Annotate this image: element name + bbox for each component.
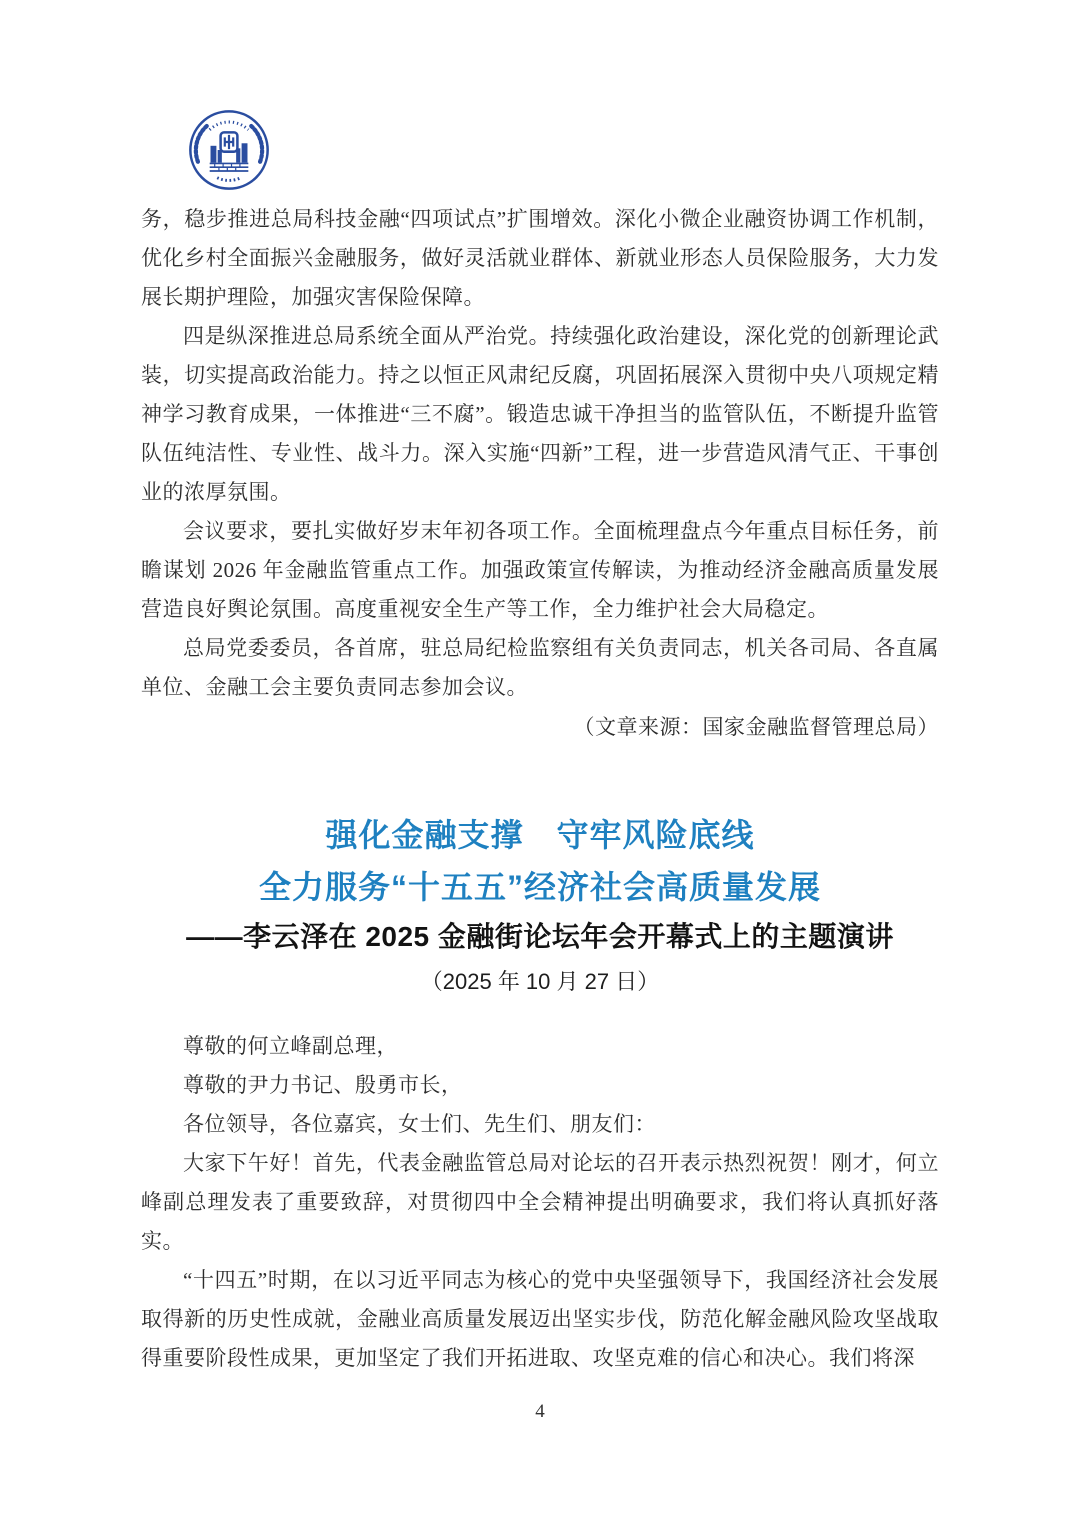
article-source-attribution: （文章来源：国家金融监督管理总局） xyxy=(141,707,939,747)
speech-subtitle: ——李云泽在 2025 金融街论坛年会开幕式上的主题演讲 xyxy=(141,913,939,961)
speech-date: （2025 年 10 月 27 日） xyxy=(141,961,939,1003)
paragraph: 会议要求，要扎实做好岁末年初各项工作。全面梳理盘点今年重点目标任务，前瞻谋划 2… xyxy=(141,512,939,629)
greeting-line: 各位领导，各位嘉宾，女士们、先生们、朋友们： xyxy=(141,1105,939,1144)
paragraph: 大家下午好！首先，代表金融监管总局对论坛的召开表示热烈祝贺！刚才，何立峰副总理发… xyxy=(141,1144,939,1261)
greeting-line: 尊敬的何立峰副总理， xyxy=(141,1027,939,1066)
organization-emblem-logo xyxy=(187,108,271,192)
greeting-line: 尊敬的尹力书记、殷勇市长， xyxy=(141,1066,939,1105)
article-meeting-report: 务，稳步推进总局科技金融“四项试点”扩围增效。深化小微企业融资协调工作机制，优化… xyxy=(141,200,939,747)
document-page: 务，稳步推进总局科技金融“四项试点”扩围增效。深化小微企业融资协调工作机制，优化… xyxy=(0,0,1080,1527)
speech-title-line2: 全力服务“十五五”经济社会高质量发展 xyxy=(141,861,939,913)
speech-greetings: 尊敬的何立峰副总理， 尊敬的尹力书记、殷勇市长， 各位领导，各位嘉宾，女士们、先… xyxy=(141,1027,939,1144)
page-number: 4 xyxy=(0,1401,1080,1423)
paragraph: 务，稳步推进总局科技金融“四项试点”扩围增效。深化小微企业融资协调工作机制，优化… xyxy=(141,200,939,317)
speech-title-line1: 强化金融支撑 守牢风险底线 xyxy=(141,809,939,861)
paragraph: “十四五”时期，在以习近平同志为核心的党中央坚强领导下，我国经济社会发展取得新的… xyxy=(141,1261,939,1378)
paragraph: 总局党委委员，各首席，驻总局纪检监察组有关负责同志，机关各司局、各直属单位、金融… xyxy=(141,629,939,707)
article-speech: 强化金融支撑 守牢风险底线 全力服务“十五五”经济社会高质量发展 ——李云泽在 … xyxy=(141,809,939,1378)
emblem-icon xyxy=(187,108,271,192)
speech-title-block: 强化金融支撑 守牢风险底线 全力服务“十五五”经济社会高质量发展 ——李云泽在 … xyxy=(141,809,939,1003)
paragraph: 四是纵深推进总局系统全面从严治党。持续强化政治建设，深化党的创新理论武装，切实提… xyxy=(141,317,939,512)
